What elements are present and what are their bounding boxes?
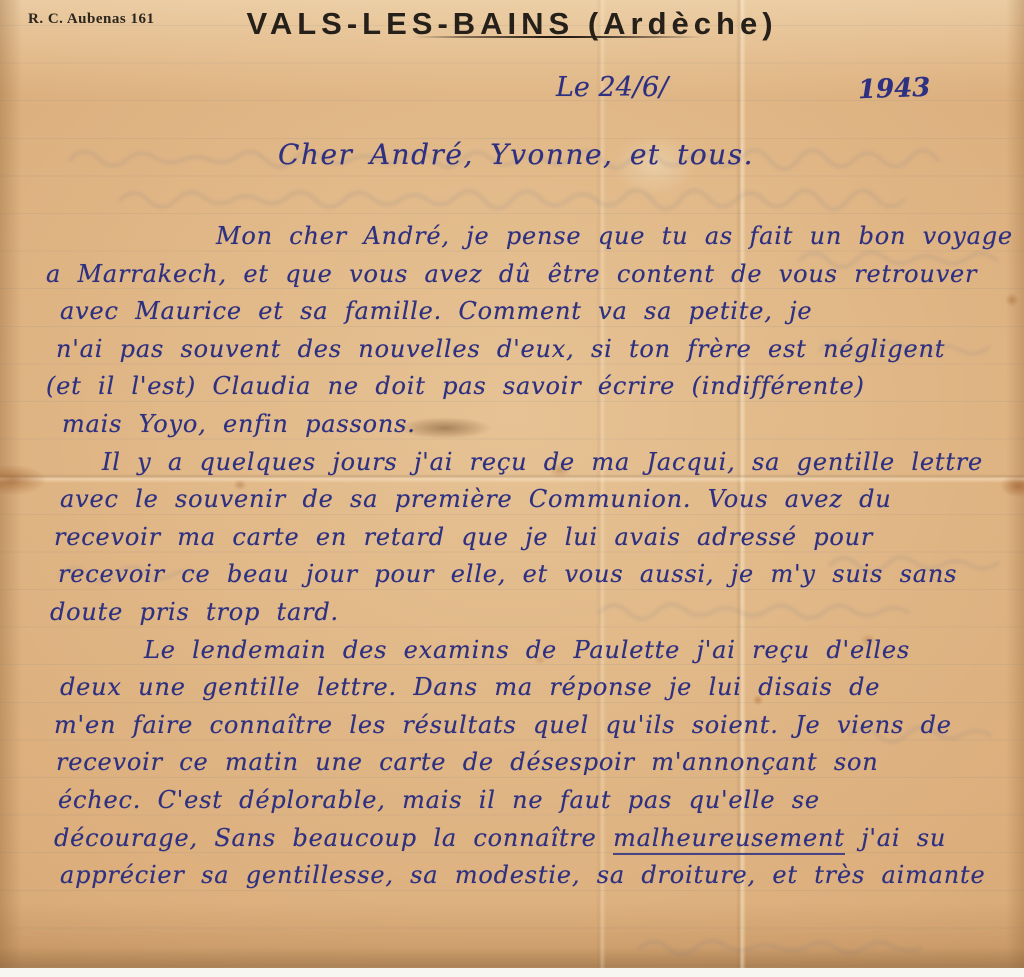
letter-line: Il y a quelques jours j'ai reçu de ma Ja… — [46, 444, 1010, 482]
date-line: Le 24/6/ 1943 — [0, 68, 1024, 112]
letter-line: m'en faire connaître les résultats quel … — [46, 707, 1010, 745]
letter-body: Mon cher André, je pense que tu as fait … — [46, 218, 1010, 895]
scan-edge — [0, 968, 1024, 977]
letter-page: R. C. Aubenas 161 VALS-LES-BAINS (Ardèch… — [0, 0, 1024, 977]
letter-line: (et il l'est) Claudia ne doit pas savoir… — [46, 368, 1010, 406]
letter-line: recevoir ma carte en retard que je lui a… — [46, 519, 1010, 557]
letter-line: a Marrakech, et que vous avez dû être co… — [46, 256, 1010, 294]
date-year: 1943 — [857, 73, 930, 106]
letter-line: avec Maurice et sa famille. Comment va s… — [46, 293, 1010, 331]
letter-line: recevoir ce beau jour pour elle, et vous… — [46, 556, 1010, 594]
letterhead-divider-ornament — [413, 36, 703, 38]
letter-line: apprécier sa gentillesse, sa modestie, s… — [46, 857, 1010, 895]
letter-line: deux une gentille lettre. Dans ma répons… — [46, 669, 1010, 707]
letter-line: doute pris trop tard. — [46, 594, 1010, 632]
letter-line: échec. C'est déplorable, mais il ne faut… — [46, 782, 1010, 820]
letter-line: Mon cher André, je pense que tu as fait … — [46, 218, 1010, 256]
letter-line: mais Yoyo, enfin passons. — [46, 406, 1010, 444]
letter-line: Le lendemain des examins de Paulette j'a… — [46, 632, 1010, 670]
letter-line: avec le souvenir de sa première Communio… — [46, 481, 1010, 519]
letter-line: décourage, Sans beaucoup la connaître ma… — [46, 820, 1010, 858]
salutation: Cher André, Yvonne, et tous. — [278, 138, 754, 171]
letter-line: n'ai pas souvent des nouvelles d'eux, si… — [46, 331, 1010, 369]
letter-line: recevoir ce matin une carte de désespoir… — [46, 744, 1010, 782]
date-prefix: Le 24/6/ — [556, 72, 668, 103]
